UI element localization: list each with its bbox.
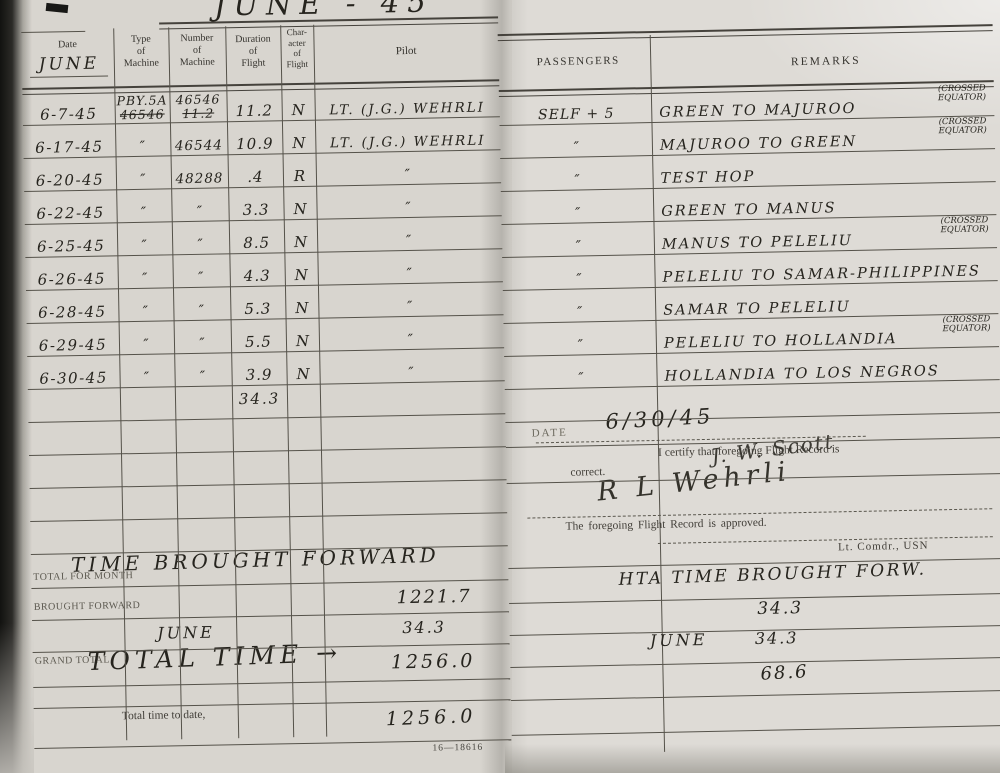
cell-duration: 5.3	[230, 301, 285, 317]
cell-type: ″	[117, 238, 172, 253]
rule-line	[30, 479, 507, 489]
cell-date: 6-17-45	[23, 139, 115, 156]
cell-date: 6-22-45	[24, 205, 116, 222]
month-total: 34.3	[232, 391, 287, 407]
hw-total-to-date-value: 1256.0	[386, 707, 477, 729]
hw-june-label: JUNE	[157, 625, 215, 642]
cell-pilot: ″	[318, 298, 503, 315]
cell-passengers: ″	[515, 304, 645, 321]
rule-line	[21, 31, 85, 33]
left-page: JUNE - 45 Date JUNE Type of Machine Numb…	[21, 0, 512, 773]
cell-character: N	[285, 268, 318, 284]
remarks-table-rows: SELF + 5GREEN TO MAJUROO(CROSSED EQUATOR…	[499, 82, 994, 92]
cell-pilot: ″	[319, 364, 504, 381]
logbook-spread: JUNE - 45 Date JUNE Type of Machine Numb…	[0, 0, 1000, 773]
column-header-duration: Duration of Flight	[225, 33, 281, 69]
date-label: DATE	[532, 427, 568, 440]
rule-line	[30, 512, 507, 522]
remarks-header: REMARKS	[658, 52, 993, 72]
cell-pilot: ″	[317, 232, 502, 249]
cell-type: ″	[119, 337, 174, 352]
hta-total: 68.6	[760, 663, 809, 684]
signature: R L Wehrli	[596, 458, 792, 506]
column-header-type: Type of Machine	[113, 33, 169, 69]
cell-passengers: ″	[512, 139, 642, 156]
rule-line	[33, 678, 510, 688]
total-time-to-date-label: Total time to date,	[122, 709, 206, 724]
cell-duration: 8.5	[229, 235, 284, 251]
cell-passengers: ″	[513, 205, 643, 222]
cell-type: ″	[118, 304, 173, 319]
column-header-number: Number of Machine	[168, 32, 226, 68]
cell-number: 48288	[171, 172, 228, 187]
rule-line	[505, 412, 1000, 423]
cell-type: ″	[119, 370, 174, 385]
cell-number: ″	[171, 204, 228, 219]
cell-number: ″	[172, 237, 229, 252]
cell-number: ″	[174, 369, 231, 384]
cell-type: ″	[116, 205, 171, 220]
crossed-equator-note: (CROSSED EQUATOR)	[931, 216, 997, 237]
cell-number: ″	[174, 336, 231, 351]
dashed-rule-line	[658, 536, 993, 544]
cell-value: 46546	[169, 92, 226, 107]
cell-passengers: ″	[514, 271, 644, 288]
hta-june-value: 34.3	[755, 630, 799, 647]
remark-text: GREEN TO MAJUROO	[659, 100, 856, 120]
crossed-equator-note: (CROSSED EQUATOR)	[929, 117, 995, 138]
cell-duration: 4.3	[230, 268, 285, 284]
passengers-header: PASSENGERS	[508, 54, 648, 70]
right-top-rule	[498, 24, 993, 41]
cell-type: ″	[118, 271, 173, 286]
hta-brought-forward-value: 34.3	[757, 600, 803, 618]
cell-number: ″	[173, 303, 230, 318]
cell-number: 4654611.2	[169, 92, 226, 120]
hw-june-value: 34.3	[402, 619, 446, 636]
cell-type: ″	[116, 172, 171, 187]
remark-text: MAJUROO TO GREEN	[660, 133, 857, 153]
cell-character: R	[283, 169, 316, 185]
rule-line	[509, 593, 1000, 604]
cell-passengers: ″	[516, 370, 646, 387]
crossed-equator-note: (CROSSED EQUATOR)	[933, 315, 999, 336]
column-header-character: Char- acter of Flight	[280, 27, 314, 70]
approved-text: The foregoing Flight Record is approved.	[565, 517, 766, 534]
cell-date: 6-7-45	[23, 106, 115, 123]
rule-line	[28, 413, 505, 423]
remark-text: MANUS TO PELELIU	[662, 232, 853, 252]
cell-passengers: ″	[516, 337, 646, 354]
cell-character: N	[285, 301, 318, 317]
cell-character: N	[284, 235, 317, 251]
cell-date: 6-20-45	[24, 172, 116, 189]
crossed-equator-note: (CROSSED EQUATOR)	[929, 84, 995, 105]
remark-text: SAMAR TO PELELIU	[663, 299, 851, 319]
cell-pilot: ″	[316, 166, 501, 183]
cell-type: ″	[115, 139, 170, 154]
cell-pilot: LT. (J.G.) WEHRLI	[315, 134, 500, 151]
remark-text: GREEN TO MANUS	[661, 200, 837, 220]
hw-brought-forward-value: 1221.7	[397, 588, 472, 607]
hw-grand-total-value: 1256.0	[391, 652, 476, 673]
rule-line	[29, 446, 506, 456]
crossed-out-value: 11.2	[170, 106, 227, 121]
rank-label: Lt. Comdr., USN	[838, 540, 929, 554]
cell-character: N	[286, 334, 319, 350]
cell-date: 6-28-45	[26, 304, 118, 321]
hta-june-label: JUNE	[650, 632, 708, 649]
cell-number: ″	[173, 270, 230, 285]
remark-text: TEST HOP	[660, 168, 755, 186]
cell-pilot: ″	[319, 331, 504, 348]
right-page: PASSENGERS REMARKS SELF + 5GREEN TO MAJU…	[497, 0, 1000, 773]
cell-pilot: ″	[318, 265, 503, 282]
cell-passengers: ″	[514, 238, 644, 255]
cell-duration: 10.9	[227, 136, 282, 152]
cell-duration: 11.2	[227, 103, 282, 119]
cell-character: N	[283, 202, 316, 218]
cell-type: PBY.5A46546	[114, 93, 169, 121]
crossed-out-value: 46546	[115, 107, 170, 122]
cell-character: N	[282, 103, 315, 119]
cell-character: N	[282, 136, 315, 152]
cell-date: 6-29-45	[27, 337, 119, 354]
rule-line	[512, 725, 1000, 736]
rule-line	[511, 690, 1000, 701]
cell-duration: 3.9	[231, 367, 286, 383]
rule-line	[510, 657, 1000, 668]
cell-duration: .4	[228, 169, 283, 185]
cell-character: N	[286, 367, 319, 383]
cell-duration: 3.3	[228, 202, 283, 218]
binding-edge-fade	[0, 623, 34, 773]
cell-number: 46544	[170, 139, 227, 154]
cell-pilot: LT. (J.G.) WEHRLI	[315, 101, 500, 118]
form-number: 16—18616	[432, 743, 483, 755]
cell-passengers: SELF + 5	[511, 106, 641, 123]
cell-pilot: ″	[316, 199, 501, 216]
cell-date: 6-26-45	[26, 271, 118, 288]
date-month-label: JUNE	[30, 55, 108, 77]
cell-date: 6-25-45	[25, 238, 117, 255]
cell-passengers: ″	[512, 172, 642, 189]
column-header-pilot: Pilot	[314, 43, 499, 59]
cell-date: 6-30-45	[27, 370, 119, 387]
column-header-date: Date	[21, 38, 113, 51]
cell-duration: 5.5	[231, 334, 286, 350]
